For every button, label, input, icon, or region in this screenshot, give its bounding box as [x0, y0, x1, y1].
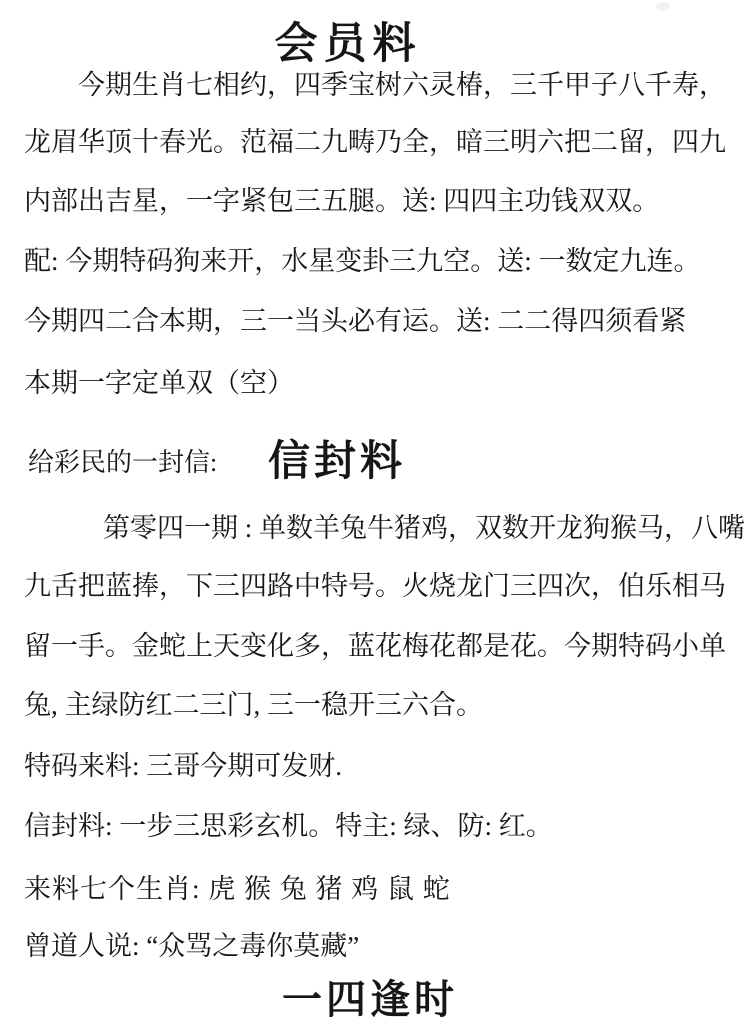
member-line-5: 今期四二合本期，三一当头必有运。送: 二二得四须看紧	[24, 304, 686, 338]
member-line-4: 配: 今期特码狗来开，水星变卦三九空。送: 一数定九连。	[24, 244, 701, 278]
envelope-tip-line: 信封料: 一步三思彩玄机。特主: 绿、防: 红。	[24, 809, 553, 843]
footer-title: 一四逢时	[0, 968, 748, 1024]
member-line-1: 今期生肖七相约，四季宝树六灵椿，三千甲子八千寿，	[78, 68, 726, 102]
member-section-title: 会员料	[0, 10, 748, 71]
envelope-section-title: 信封料	[268, 428, 406, 488]
master-quote-line: 曾道人说: “众骂之毒你莫藏”	[24, 929, 359, 963]
envelope-line-2: 九舌把蓝捧，下三四路中特号。火烧龙门三四次，伯乐相马	[24, 569, 726, 603]
envelope-line-4: 兔, 主绿防红二三门, 三一稳开三六合。	[24, 688, 483, 722]
envelope-line-1: 第零四一期 : 单数羊兔牛猪鸡，双数开龙狗猴马，八嘴	[103, 511, 745, 545]
zodiac-list-line: 来料七个生肖: 虎 猴 兔 猪 鸡 鼠 蛇	[24, 872, 451, 906]
special-code-tip-line: 特码来料: 三哥今期可发财.	[24, 749, 342, 783]
member-line-3: 内部出吉星，一字紧包三五腿。送: 四四主功钱双双。	[24, 184, 659, 218]
scanned-document-page: 会员料 今期生肖七相约，四季宝树六灵椿，三千甲子八千寿， 龙眉华顶十春光。范福二…	[0, 0, 748, 1024]
member-line-6: 本期一字定单双（空）	[24, 366, 294, 400]
letter-intro-label: 给彩民的一封信:	[28, 442, 217, 479]
member-line-2: 龙眉华顶十春光。范福二九畴乃全，暗三明六把二留，四九	[24, 125, 726, 159]
envelope-line-3: 留一手。金蛇上天变化多，蓝花梅花都是花。今期特码小单	[24, 629, 726, 663]
